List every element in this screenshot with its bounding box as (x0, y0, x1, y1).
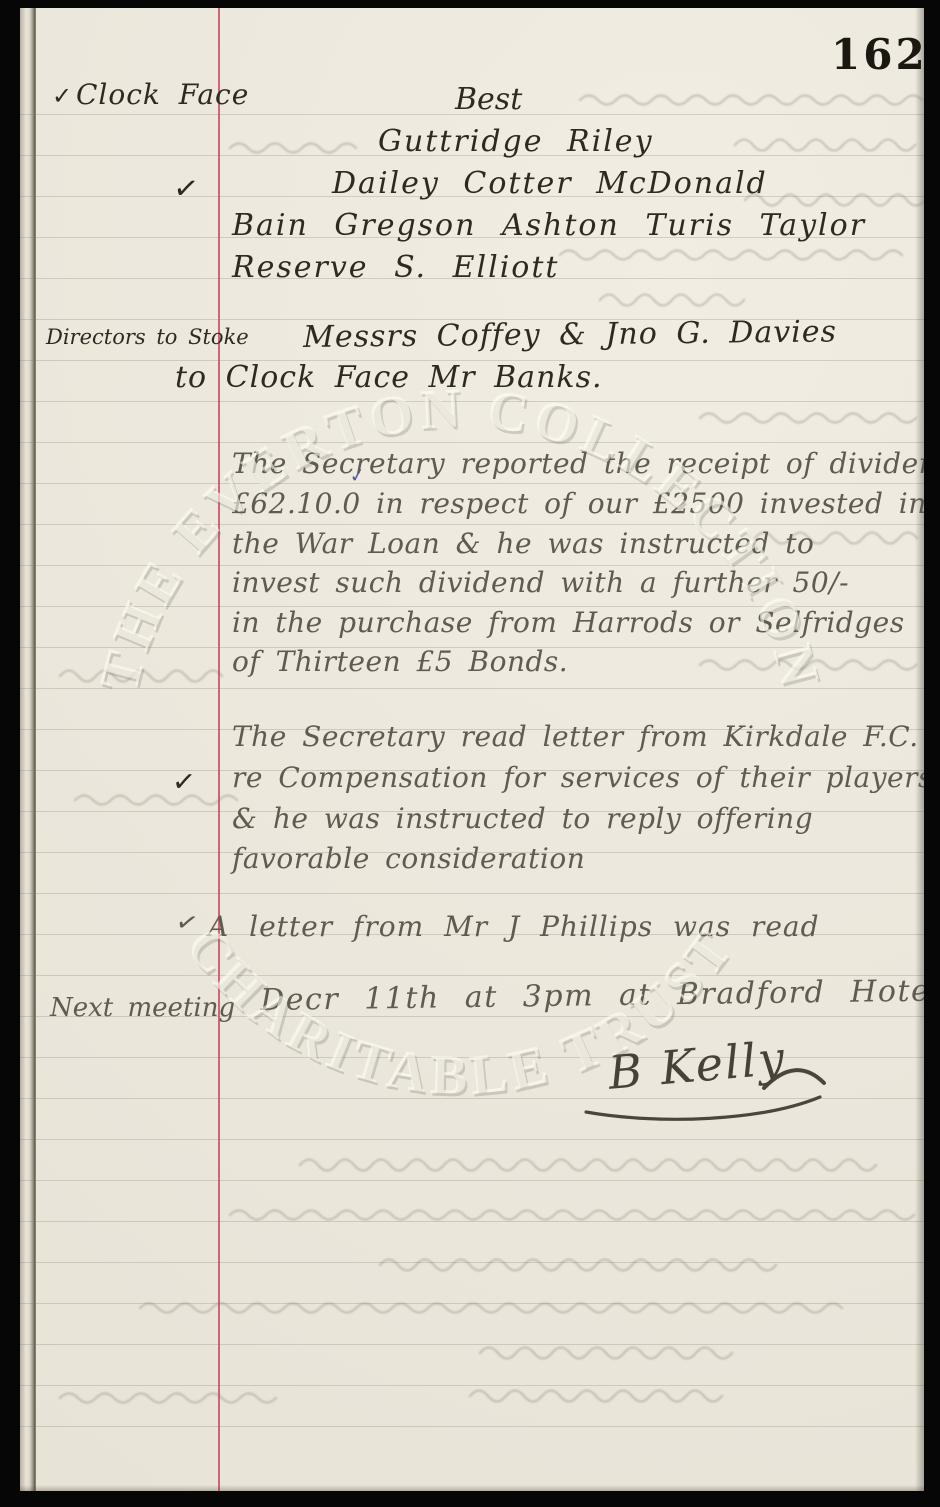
directors-line-2: to Clock Face Mr Banks. (175, 360, 603, 395)
team-line-2: Guttridge Riley (378, 124, 654, 159)
team-line-4: Bain Gregson Ashton Turis Taylor (232, 208, 866, 243)
kirkdale-minute-line-4: favorable consideration (232, 842, 585, 875)
ledger-page: 162 ✓ Clock Face Best Guttridge Riley Da… (20, 8, 924, 1491)
dividend-minute-line-4: invest such dividend with a further 50/- (232, 566, 849, 599)
check-mark: ✓ (52, 82, 72, 110)
team-line-5: Reserve S. Elliott (232, 250, 559, 285)
dividend-minute-line-3: the War Loan & he was instructed to (232, 527, 814, 560)
phillips-minute-line-1: A letter from Mr J Phillips was read (208, 910, 820, 943)
dividend-minute-line-5: in the purchase from Harrods or Selfridg… (232, 606, 905, 639)
page-number: 162 (831, 30, 924, 79)
kirkdale-minute-line-1: The Secretary read letter from Kirkdale … (232, 720, 919, 753)
margin-label-directors-to-stoke: Directors to Stoke (46, 325, 249, 349)
dividend-minute-line-6: of Thirteen £5 Bonds. (232, 645, 568, 678)
team-line-1: Best (455, 82, 522, 117)
check-mark: ✓ (171, 170, 201, 208)
red-margin-rule (218, 8, 220, 1491)
team-line-3: Dailey Cotter McDonald (332, 166, 768, 201)
minute-book-scan: { "page": { "number": "162" }, "marks": … (0, 0, 940, 1507)
dividend-minute-line-1: The Secretary reported the receipt of di… (232, 447, 924, 480)
margin-label-clock-face: Clock Face (76, 78, 249, 111)
check-mark: ✓ (171, 764, 198, 799)
dividend-minute-line-2: £62.10.0 in respect of our £2500 investe… (232, 487, 924, 520)
directors-line-1: Messrs Coffey & Jno G. Davies (303, 314, 837, 355)
margin-label-next-meeting: Next meeting (50, 993, 235, 1023)
page-bottom-edge-shadow (20, 1485, 924, 1491)
kirkdale-minute-line-3: & he was instructed to reply offering (232, 802, 813, 835)
kirkdale-minute-line-2: re Compensation for services of their pl… (232, 761, 924, 794)
